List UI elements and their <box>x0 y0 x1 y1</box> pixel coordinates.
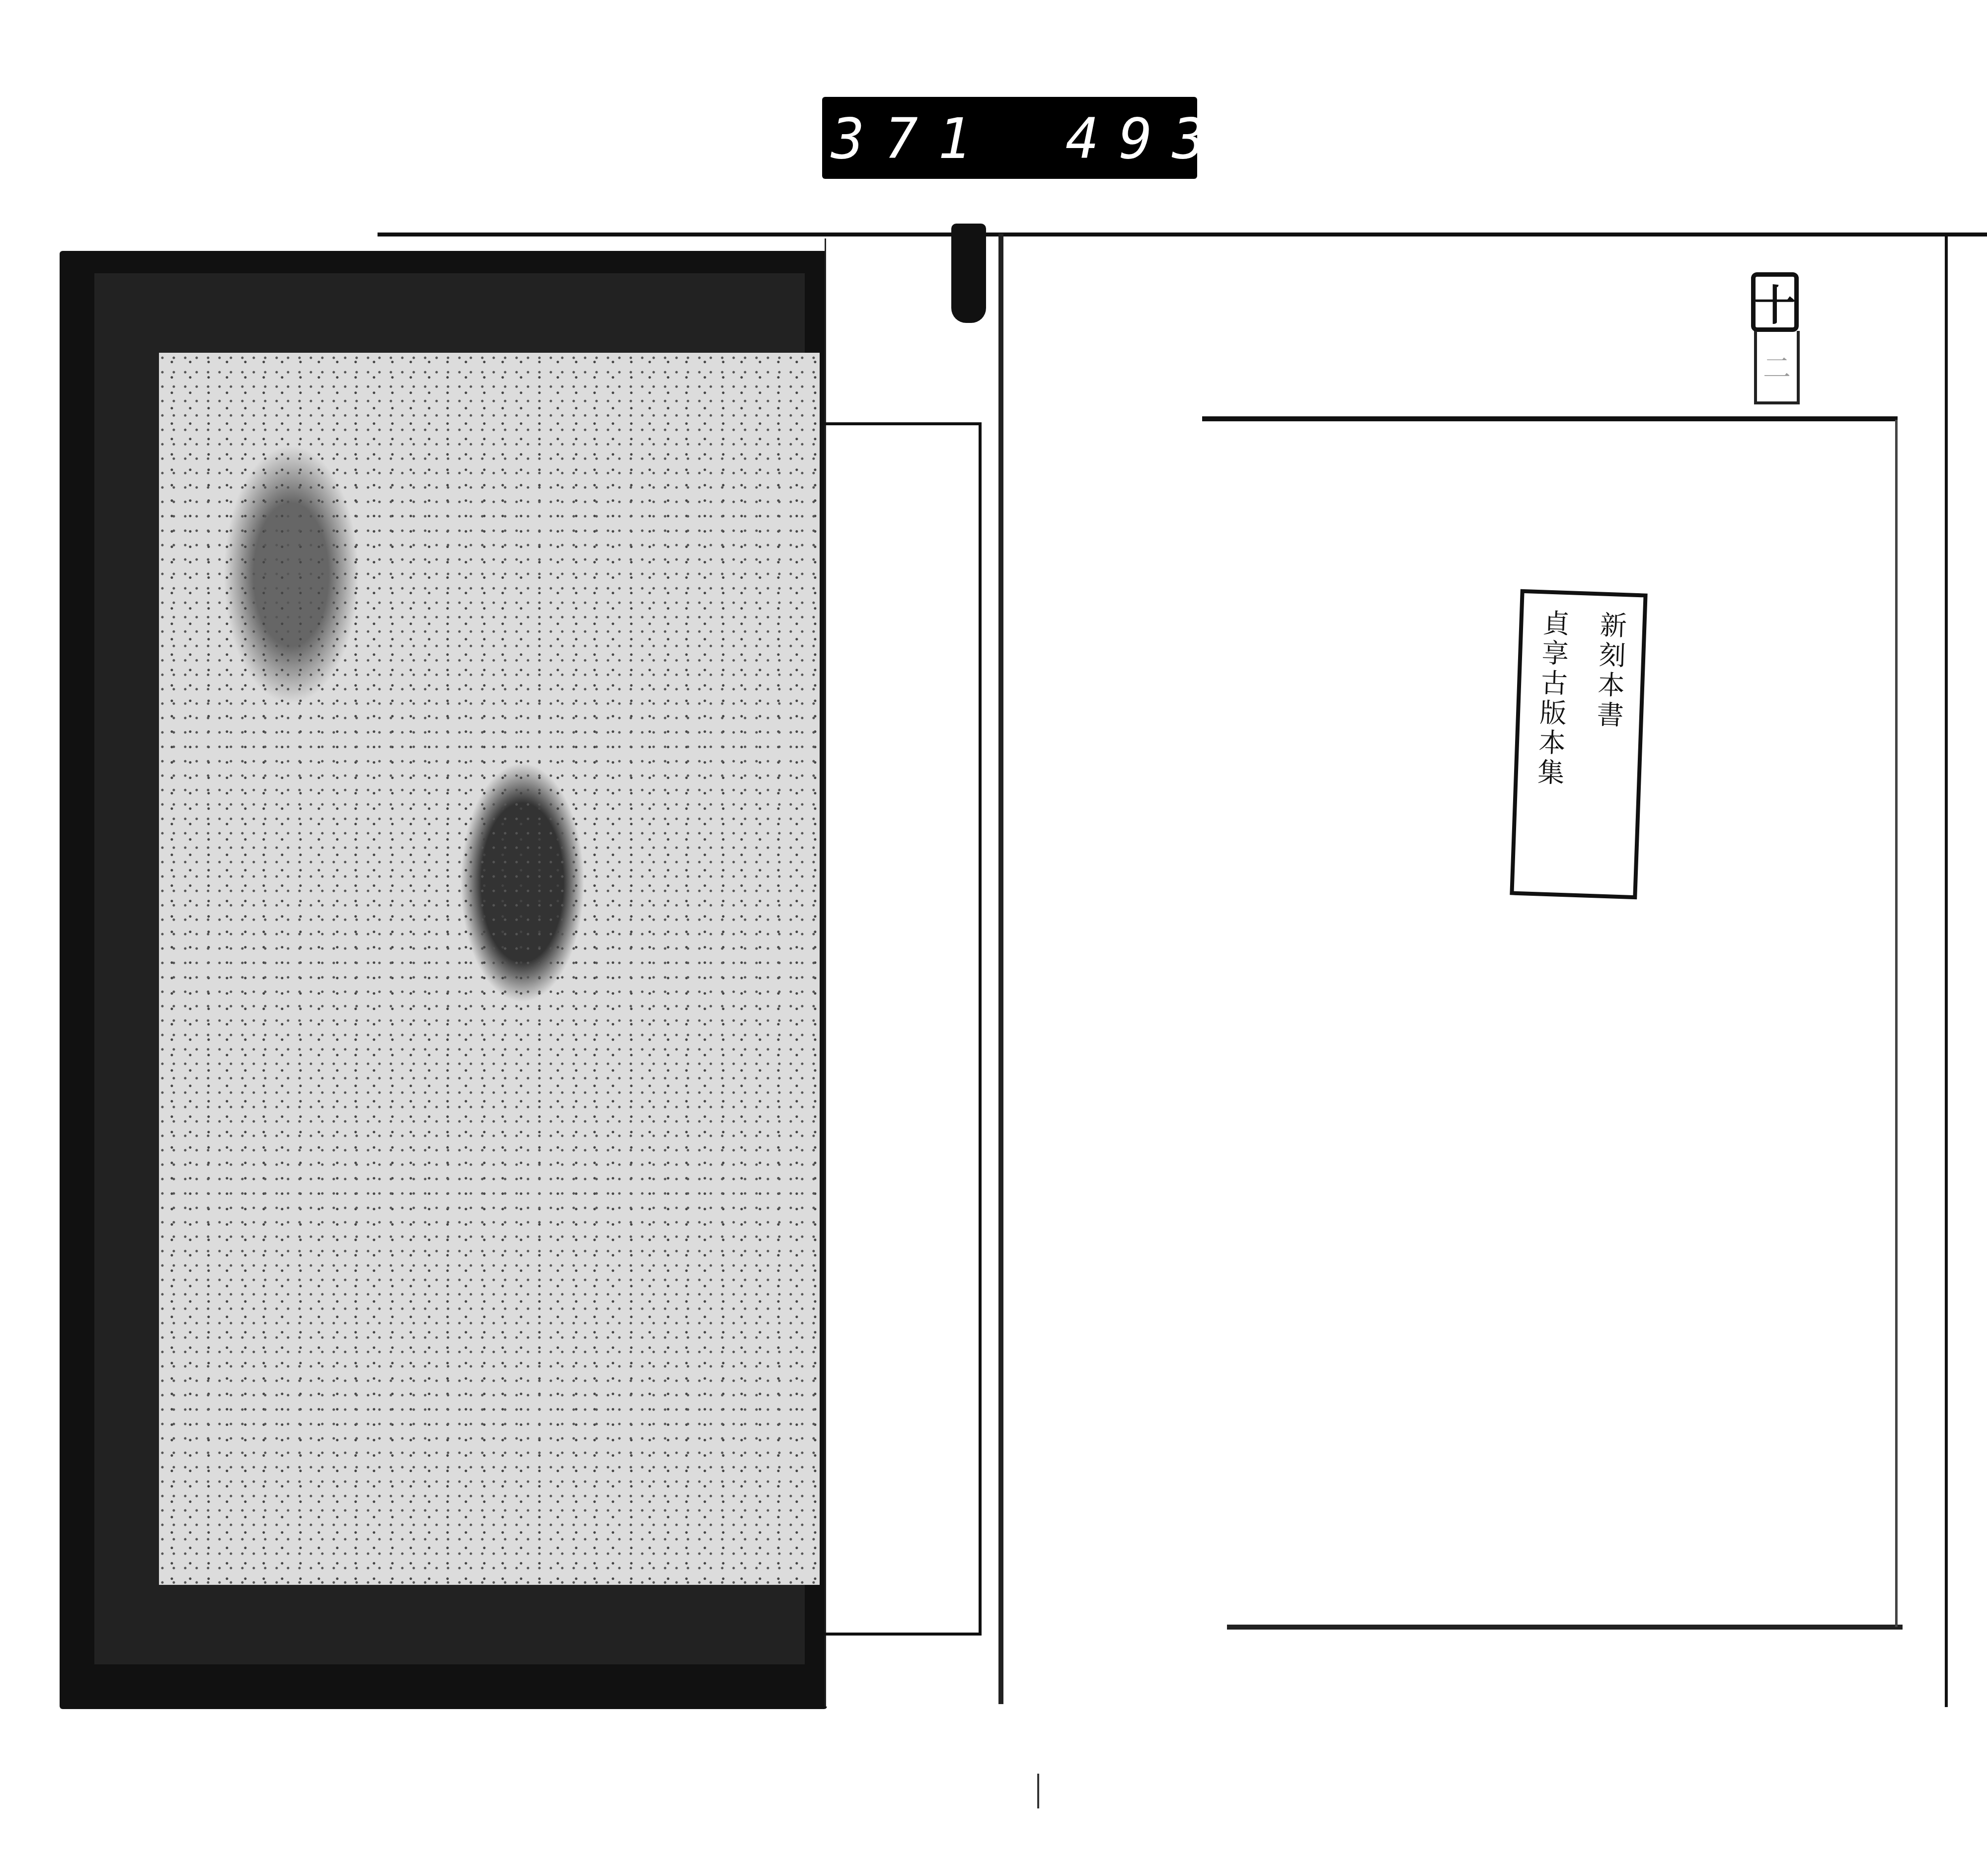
title-slip-column-2: 貞享古版本集 <box>1529 609 1574 788</box>
scan-mark <box>1037 1774 1039 1808</box>
catalogue-number-right: 493 <box>1066 107 1225 171</box>
title-slip-column-1: 新刻本書 <box>1589 611 1631 731</box>
page-frame-right <box>1895 420 1898 1627</box>
page-frame-bottom <box>1227 1625 1903 1630</box>
volume-label-lower: 二 <box>1754 331 1800 404</box>
catalogue-number-plate: 371 493 <box>822 97 1197 179</box>
catalogue-number-left: 371 <box>831 107 991 171</box>
cover-endpaper <box>159 353 820 1585</box>
binding-clip <box>951 224 986 323</box>
book-gutter <box>998 234 1003 1704</box>
spread-top-edge <box>378 233 1987 236</box>
title-page <box>1003 236 1947 1707</box>
volume-label-upper: 十 <box>1751 272 1799 332</box>
fold-frame <box>825 422 982 1636</box>
volume-label: 十 二 <box>1751 272 1801 409</box>
title-slip: 新刻本書 貞享古版本集 <box>1510 589 1647 900</box>
page-frame-top <box>1202 416 1898 421</box>
page-edge <box>1945 236 1948 1707</box>
